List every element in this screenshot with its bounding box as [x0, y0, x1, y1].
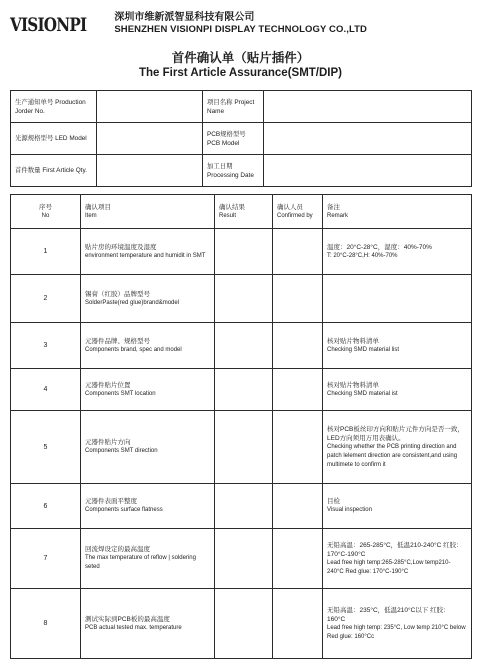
table-row: 6 元器件表面平整度 Components surface flatness 目…	[11, 484, 472, 529]
confirmed-by-cell	[273, 323, 323, 369]
info-label: 生产通知单号 Production Jorder No.	[11, 91, 97, 123]
info-label: 加工日期 Processing Date	[203, 155, 264, 187]
table-row: 2 锡膏（红胶）品牌型号 SolderPaste(red glue)brand&…	[11, 275, 472, 323]
remark-text-cn: 温度：20°C-28°C，湿度：40%-70%	[327, 243, 467, 252]
info-label: 首件数量 First Article Qty.	[11, 155, 97, 187]
table-row: 3 元器件品牌、规格型号 Components brand, spec and …	[11, 323, 472, 369]
remark-cell: 核对贴片物料清单 Checking SMD material list	[323, 323, 472, 369]
document-title: 首件确认单（贴片插件） The First Article Assurance(…	[10, 51, 471, 80]
col-header-result-en: Result	[219, 212, 268, 221]
col-header-remark-en: Remark	[327, 212, 467, 221]
table-row: 7 回流焊设定的最高温度 The max temperature of refl…	[11, 529, 472, 589]
item-text-cn: 元器件品牌、规格型号	[85, 337, 210, 346]
visionpi-logo: VISIONPI	[10, 15, 86, 35]
item-text-en: PCB actual tested max. temperature	[85, 624, 210, 633]
col-header-item-en: Item	[85, 212, 210, 221]
table-row: 8 测试实际到PCB板的最高温度 PCB actual tested max. …	[11, 589, 472, 659]
col-header-confirmed-cn: 确认人员	[277, 203, 318, 212]
item-cell: 元器件贴片位置 Components SMT location	[81, 369, 215, 411]
info-value-blank	[264, 123, 472, 155]
row-number: 6	[11, 484, 81, 529]
document-page: VISIONPI 深圳市维新派智显科技有限公司 SHENZHEN VISIONP…	[0, 0, 480, 659]
result-cell	[215, 411, 273, 484]
item-text-en: Components SMT direction	[85, 447, 210, 456]
item-cell: 元器件表面平整度 Components surface flatness	[81, 484, 215, 529]
remark-text-en: Checking SMD material ist	[327, 390, 467, 399]
result-cell	[215, 275, 273, 323]
result-cell	[215, 229, 273, 275]
col-header-no-cn: 序号	[15, 203, 76, 212]
info-row: 光源规格型号 LED Model PCB规格型号 PCB Model	[11, 123, 472, 155]
item-text-en: Components brand, spec and model	[85, 346, 210, 355]
item-text-cn: 元器件贴片位置	[85, 381, 210, 390]
item-cell: 锡膏（红胶）品牌型号 SolderPaste(red glue)brand&mo…	[81, 275, 215, 323]
item-text-en: SolderPaste(red glue)brand&model	[85, 299, 210, 308]
result-cell	[215, 323, 273, 369]
item-text-en: The max temperature of reflow | solderin…	[85, 554, 210, 572]
confirmed-by-cell	[273, 275, 323, 323]
col-header-result-cn: 确认结果	[219, 203, 268, 212]
col-header-item: 确认项目 Item	[81, 195, 215, 229]
col-header-no: 序号 No	[11, 195, 81, 229]
confirmed-by-cell	[273, 589, 323, 659]
remark-cell: 核对PCB板丝印方向和贴片元件方向是否一致，LED方向须用万用表确认。 Chec…	[323, 411, 472, 484]
remark-cell: 无铅高温：265-285°C，低温210-240°C 红胶：170°C-190°…	[323, 529, 472, 589]
remark-text-cn: 核对PCB板丝印方向和贴片元件方向是否一致，LED方向须用万用表确认。	[327, 425, 467, 443]
info-label: PCB规格型号 PCB Model	[203, 123, 264, 155]
result-cell	[215, 589, 273, 659]
info-value-blank	[264, 91, 472, 123]
company-name-en: SHENZHEN VISIONPI DISPLAY TECHNOLOGY CO.…	[114, 24, 367, 36]
company-names: 深圳市维新派智显科技有限公司 SHENZHEN VISIONPI DISPLAY…	[114, 12, 367, 36]
remark-text-en: T: 20°C-28°C,H: 40%-70%	[327, 252, 467, 261]
info-value-blank	[264, 155, 472, 187]
remark-cell: 目检 Visual inspection	[323, 484, 472, 529]
col-header-remark-cn: 备注	[327, 203, 467, 212]
company-name-cn: 深圳市维新派智显科技有限公司	[114, 12, 367, 24]
confirmed-by-cell	[273, 229, 323, 275]
table-row: 4 元器件贴片位置 Components SMT location 核对贴片物料…	[11, 369, 472, 411]
remark-cell: 无铅高温：235°C，低温210°C以下 红胶：160°C Lead free …	[323, 589, 472, 659]
col-header-item-cn: 确认项目	[85, 203, 210, 212]
remark-text-en: Checking SMD material list	[327, 346, 467, 355]
item-text-cn: 回流焊设定的最高温度	[85, 545, 210, 554]
letterhead: VISIONPI 深圳市维新派智显科技有限公司 SHENZHEN VISIONP…	[10, 12, 471, 36]
col-header-result: 确认结果 Result	[215, 195, 273, 229]
row-number: 1	[11, 229, 81, 275]
item-text-cn: 锡膏（红胶）品牌型号	[85, 290, 210, 299]
info-value-blank	[97, 123, 203, 155]
remark-text-en: Checking whether the PCB printing direct…	[327, 443, 467, 470]
remark-cell: 温度：20°C-28°C，湿度：40%-70% T: 20°C-28°C,H: …	[323, 229, 472, 275]
info-row: 生产通知单号 Production Jorder No. 项目名称 Projec…	[11, 91, 472, 123]
item-cell: 回流焊设定的最高温度 The max temperature of reflow…	[81, 529, 215, 589]
info-value-blank	[97, 91, 203, 123]
table-row: 1 贴片房的环境温度及湿度 environment temperature an…	[11, 229, 472, 275]
remark-text-cn: 核对贴片物料清单	[327, 337, 467, 346]
col-header-confirmed-by: 确认人员 Confirmed by	[273, 195, 323, 229]
table-row: 5 元器件贴片方向 Components SMT direction 核对PCB…	[11, 411, 472, 484]
row-number: 4	[11, 369, 81, 411]
confirmed-by-cell	[273, 411, 323, 484]
remark-text-en: Lead free high temp: 235°C, Low temp 210…	[327, 624, 467, 642]
remark-text-cn: 无铅高温：265-285°C，低温210-240°C 红胶：170°C-190°…	[327, 541, 467, 559]
remark-cell	[323, 275, 472, 323]
row-number: 8	[11, 589, 81, 659]
remark-text-cn: 核对贴片物料清单	[327, 381, 467, 390]
confirmed-by-cell	[273, 529, 323, 589]
item-cell: 贴片房的环境温度及湿度 environment temperature and …	[81, 229, 215, 275]
item-text-cn: 元器件贴片方向	[85, 438, 210, 447]
order-info-table: 生产通知单号 Production Jorder No. 项目名称 Projec…	[10, 90, 472, 187]
confirmation-items-table: 序号 No 确认项目 Item 确认结果 Result 确认人员 Confirm…	[10, 194, 472, 659]
remark-text-cn: 目检	[327, 497, 467, 506]
item-cell: 元器件贴片方向 Components SMT direction	[81, 411, 215, 484]
item-text-cn: 贴片房的环境温度及湿度	[85, 243, 210, 252]
row-number: 2	[11, 275, 81, 323]
item-text-cn: 元器件表面平整度	[85, 497, 210, 506]
confirmed-by-cell	[273, 369, 323, 411]
result-cell	[215, 529, 273, 589]
row-number: 7	[11, 529, 81, 589]
result-cell	[215, 484, 273, 529]
item-text-cn: 测试实际到PCB板的最高温度	[85, 615, 210, 624]
confirmed-by-cell	[273, 484, 323, 529]
item-cell: 测试实际到PCB板的最高温度 PCB actual tested max. te…	[81, 589, 215, 659]
remark-text-en: Lead free high temp:265-285°C,Low temp21…	[327, 559, 467, 577]
table-header-row: 序号 No 确认项目 Item 确认结果 Result 确认人员 Confirm…	[11, 195, 472, 229]
info-row: 首件数量 First Article Qty. 加工日期 Processing …	[11, 155, 472, 187]
remark-text-cn: 无铅高温：235°C，低温210°C以下 红胶：160°C	[327, 606, 467, 624]
col-header-no-en: No	[15, 212, 76, 221]
result-cell	[215, 369, 273, 411]
title-cn: 首件确认单（贴片插件）	[10, 51, 471, 66]
item-cell: 元器件品牌、规格型号 Components brand, spec and mo…	[81, 323, 215, 369]
title-en: The First Article Assurance(SMT/DIP)	[10, 66, 471, 80]
col-header-confirmed-en: Confirmed by	[277, 212, 318, 221]
item-text-en: Components SMT location	[85, 390, 210, 399]
info-label: 光源规格型号 LED Model	[11, 123, 97, 155]
item-text-en: environment temperature and humidit in S…	[85, 252, 210, 261]
info-label: 项目名称 Project Name	[203, 91, 264, 123]
row-number: 3	[11, 323, 81, 369]
remark-cell: 核对贴片物料清单 Checking SMD material ist	[323, 369, 472, 411]
col-header-remark: 备注 Remark	[323, 195, 472, 229]
item-text-en: Components surface flatness	[85, 506, 210, 515]
info-value-blank	[97, 155, 203, 187]
remark-text-en: Visual inspection	[327, 506, 467, 515]
row-number: 5	[11, 411, 81, 484]
